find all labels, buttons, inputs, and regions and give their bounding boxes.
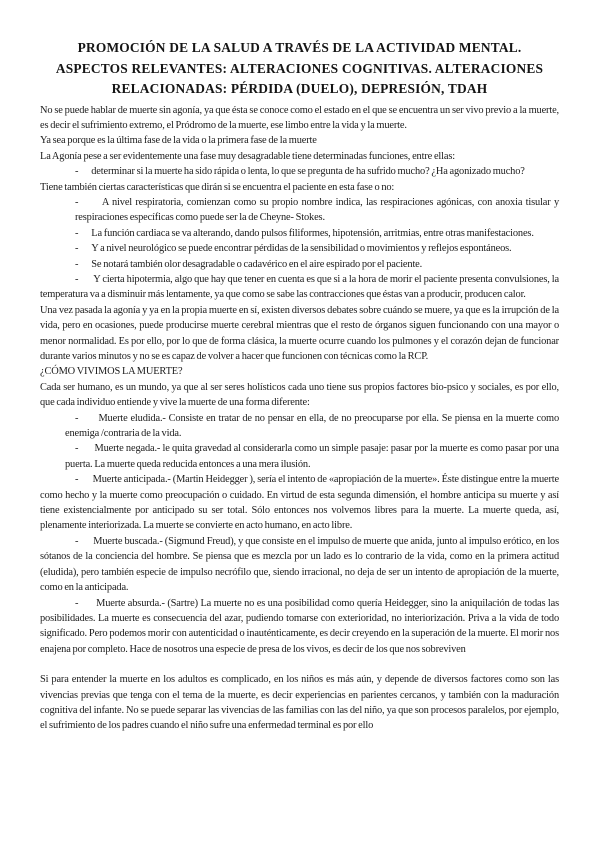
list-item-text: Muerte absurda.- (Sartre) La muerte no e… [40,598,559,655]
document-title: PROMOCIÓN DE LA SALUD A TRAVÉS DE LA ACT… [40,38,559,100]
list-item: - A nivel respiratoria, comienzan como s… [40,195,559,226]
spacer [40,657,559,672]
list-item-text: Muerte eludida.- Consiste en tratar de n… [65,413,559,439]
dash-bullet: - [75,274,93,285]
list-item: - Muerte buscada.- (Sigmund Freud), y qu… [40,534,559,596]
list-item-text: determinar si la muerte ha sido rápida o… [91,166,524,177]
list-item-text: A nivel respiratoria, comienzan como su … [75,197,559,223]
list-item: - Muerte negada.- le quita gravedad al c… [40,441,559,472]
list-item: - La función cardiaca se va alterando, d… [40,226,559,241]
list-item-text: Y a nivel neurológico se puede encontrar… [91,243,511,254]
dash-bullet: - [75,243,91,254]
document-page: PROMOCIÓN DE LA SALUD A TRAVÉS DE LA ACT… [0,0,599,848]
list-item: - Se notará también olor desagradable o … [40,257,559,272]
paragraph: Tiene también ciertas características qu… [40,180,559,195]
dash-bullet: - [75,474,93,485]
list-item: - determinar si la muerte ha sido rápida… [40,164,559,179]
title-line: RELACIONADAS: PÉRDIDA (DUELO), DEPRESIÓN… [40,79,559,100]
paragraph: Si para entender la muerte en los adulto… [40,672,559,734]
dash-bullet: - [75,228,91,239]
paragraph: La Agonía pese a ser evidentemente una f… [40,149,559,164]
dash-bullet: - [75,259,91,270]
list-item-text: Muerte buscada.- (Sigmund Freud), y que … [40,536,559,593]
dash-bullet: - [75,413,98,424]
document-body: No se puede hablar de muerte sin agonía,… [40,103,559,734]
dash-bullet: - [75,598,96,609]
list-item: - Y a nivel neurológico se puede encontr… [40,241,559,256]
list-item: - Y cierta hipotermia, algo que hay que … [40,272,559,303]
title-line: PROMOCIÓN DE LA SALUD A TRAVÉS DE LA ACT… [40,38,559,59]
list-item-text: Se notará también olor desagradable o ca… [91,259,422,270]
list-item-text: Muerte negada.- le quita gravedad al con… [65,443,559,469]
dash-bullet: - [75,536,93,547]
dash-bullet: - [75,443,95,454]
list-item-text: Y cierta hipotermia, algo que hay que te… [40,274,559,300]
paragraph: Ya sea porque es la última fase de la vi… [40,133,559,148]
section-heading: ¿CÓMO VIVIMOS LA MUERTE? [40,364,559,379]
paragraph: No se puede hablar de muerte sin agonía,… [40,103,559,134]
paragraph: Una vez pasada la agonía y ya en la prop… [40,303,559,365]
list-item-text: Muerte anticipada.- (Martin Heidegger ),… [40,474,559,531]
list-item: - Muerte eludida.- Consiste en tratar de… [40,411,559,442]
dash-bullet: - [75,166,91,177]
list-item: - Muerte anticipada.- (Martin Heidegger … [40,472,559,534]
dash-bullet: - [75,197,102,208]
list-item: - Muerte absurda.- (Sartre) La muerte no… [40,596,559,658]
list-item-text: La función cardiaca se va alterando, dan… [91,228,534,239]
paragraph: Cada ser humano, es un mundo, ya que al … [40,380,559,411]
title-line: ASPECTOS RELEVANTES: ALTERACIONES COGNIT… [40,59,559,80]
